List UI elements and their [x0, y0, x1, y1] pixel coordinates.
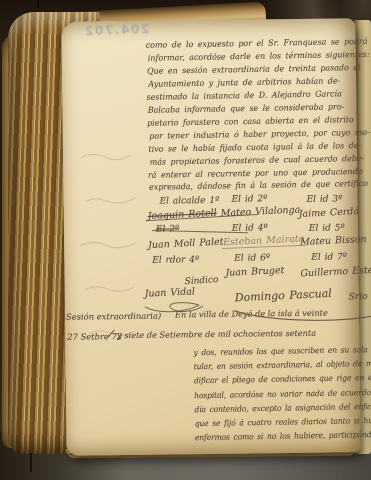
bleedthrough-stamp-number: 204.702 [83, 22, 149, 38]
signature-name: Mateu Bisson [300, 234, 367, 248]
signature-office-label: El id 7º [311, 252, 347, 262]
manuscript-page: 204.702 como de lo expuesto por el Sr. F… [61, 18, 360, 456]
manuscript-book: 204.702 como de lo expuesto por el Sr. F… [2, 6, 360, 456]
manuscript-line: En la villa de Deyá de la isla á veinte [175, 308, 328, 320]
margin-note-date: 27 Setbre 72 [67, 331, 122, 342]
body-paragraph-2: y dos, reunidos los que suscriben en su … [193, 343, 354, 445]
margin-note-session-title: Sesión extraordinaria) [66, 311, 161, 322]
manuscript-line: y siete de Setiembre de mil ochocientos … [117, 328, 316, 340]
signature-name: Juan Bruget [225, 265, 284, 279]
signature-name: Juan Moll Palet [148, 237, 224, 252]
signature-office-label: Síndico [184, 275, 219, 287]
signature-name: Mateo Vilalonga [220, 205, 300, 220]
manuscript-line: expresada, dándose fin á la sesión de qu… [149, 178, 354, 195]
backdrop-mark [37, 0, 39, 8]
table-mark [30, 453, 32, 472]
signature-office-label: El id 2º [231, 194, 267, 204]
manuscript-line: enfermos como si no los hubiere, partici… [195, 429, 355, 446]
signature-office-label: El rdor 4º [152, 255, 199, 266]
signature-office-label: El id 3º [306, 194, 342, 204]
signature-office-label: El alcalde 1º [160, 196, 220, 207]
signature-office-label: El id 5º [309, 223, 345, 233]
signature-name: Jaime Cerdá [298, 206, 359, 220]
body-paragraph-1: como de lo expuesto por el Sr. Franquesa… [146, 35, 354, 194]
photo-of-manuscript: 204.702 como de lo expuesto por el Sr. F… [0, 0, 371, 480]
signature-office-label: El id 6º [234, 253, 270, 263]
light-reflection [325, 0, 371, 64]
